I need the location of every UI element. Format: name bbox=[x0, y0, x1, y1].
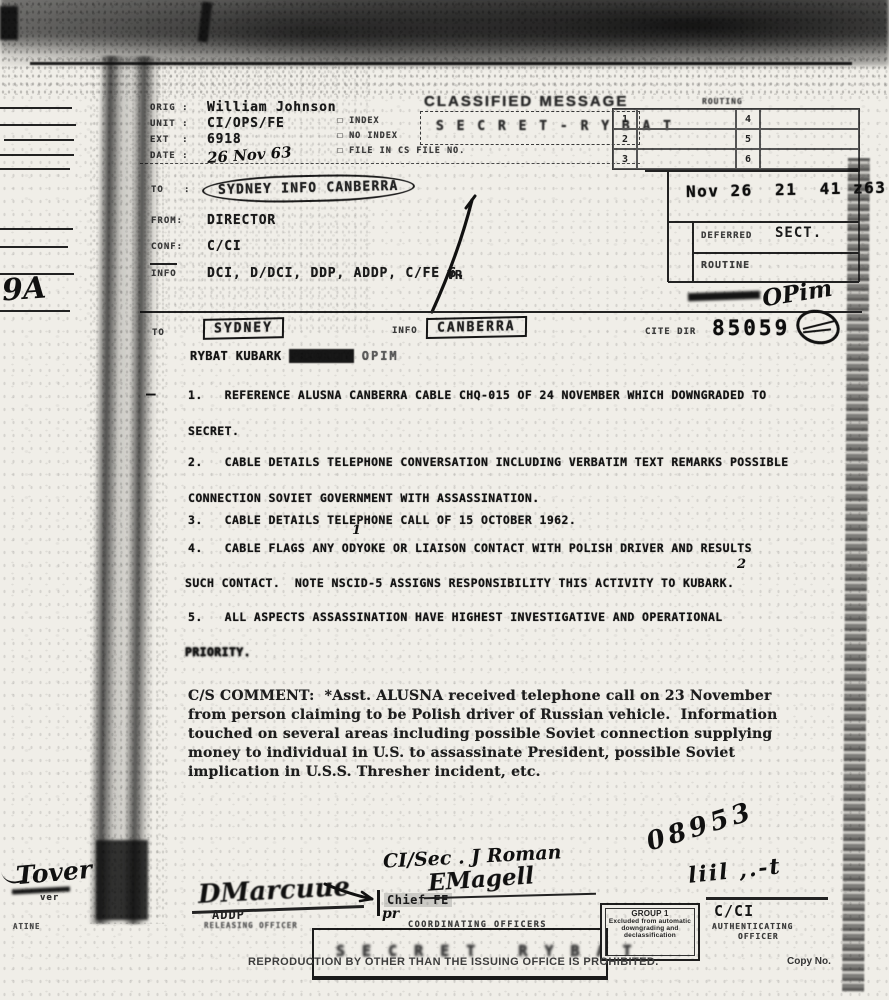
precedence-line2 bbox=[692, 252, 859, 254]
releasing-officer-label: RELEASING OFFICER bbox=[204, 921, 298, 930]
tover-handwriting: Tover bbox=[15, 855, 93, 891]
routing-label: ROUTING bbox=[702, 97, 743, 106]
para3-line1: 3. CABLE DETAILS TELEPHONE CALL OF 15 OC… bbox=[188, 513, 576, 527]
routing-cell-blank bbox=[637, 109, 736, 129]
cci-overline bbox=[706, 897, 828, 900]
redacted-word: PRIORITY bbox=[289, 349, 354, 363]
margin-rule bbox=[0, 107, 72, 109]
timestamp-box-top bbox=[645, 170, 860, 172]
para4-line2: SUCH CONTACT. NOTE NSCID-5 ASSIGNS RESPO… bbox=[185, 576, 734, 590]
routing-cell-5: 5 bbox=[736, 129, 760, 149]
chief-initials-handwriting: pr bbox=[382, 906, 399, 922]
cs-comment-line2: from person claiming to be Polish driver… bbox=[188, 707, 777, 723]
para2-line1: 2. CABLE DETAILS TELEPHONE CONVERSATION … bbox=[188, 455, 789, 469]
atine-fragment: ATINE bbox=[13, 922, 41, 931]
routing-cell-1: 1 bbox=[613, 109, 637, 129]
authenticating-label-2: OFFICER bbox=[738, 932, 779, 941]
para1-line1: 1. REFERENCE ALUSNA CANBERRA CABLE CHQ-0… bbox=[188, 388, 767, 402]
routine-label: ROUTINE bbox=[701, 260, 750, 271]
file-label: FILE IN CS FILE NO. bbox=[349, 146, 465, 156]
prohibition-notice: REPRODUCTION BY OTHER THAN THE ISSUING O… bbox=[248, 956, 659, 968]
from-value: DIRECTOR bbox=[207, 213, 276, 228]
routing-cell-blank bbox=[760, 149, 859, 169]
para2-line2: CONNECTION SOVIET GOVERNMENT WITH ASSASS… bbox=[188, 491, 540, 505]
margin-rule bbox=[0, 168, 70, 170]
number-stamp-handwriting: 08953 bbox=[643, 797, 757, 858]
slug-line: RYBAT KUBARK PRIORITY OPIM bbox=[190, 349, 399, 363]
sect-stamp: SECT. bbox=[775, 225, 822, 241]
cite-dir-label: CITE DIR bbox=[645, 327, 696, 337]
para4-line1: 4. CABLE FLAGS ANY ODYOKE OR LIAISON CON… bbox=[188, 541, 752, 555]
para5-line2: PRIORITY. bbox=[185, 645, 251, 659]
date-underline bbox=[140, 163, 640, 164]
cs-comment-line5: implication in U.S.S. Thresher incident,… bbox=[188, 764, 541, 780]
unit-value: CI/OPS/FE bbox=[207, 116, 285, 131]
footnote-1-mark: 1 bbox=[352, 523, 361, 538]
redaction-smudge bbox=[688, 291, 760, 302]
section-divider bbox=[140, 311, 862, 313]
chief-fe-bracket bbox=[377, 890, 380, 916]
index-checkbox: ☐ INDEX bbox=[337, 115, 380, 126]
margin-rule bbox=[0, 124, 76, 126]
routing-cell-blank bbox=[760, 109, 859, 129]
para5-line1: 5. ALL ASPECTS ASSASSINATION HAVE HIGHES… bbox=[188, 610, 723, 624]
margin-rule bbox=[4, 139, 74, 141]
checkbox-icon: ☐ bbox=[337, 145, 343, 156]
checkbox-icon: ☐ bbox=[337, 115, 343, 126]
para1-line2: SECRET. bbox=[188, 424, 239, 438]
authenticating-label-1: AUTHENTICATING bbox=[712, 922, 793, 931]
to-destination-oval: SYDNEY INFO CANBERRA bbox=[202, 173, 415, 205]
left-fold-band bbox=[89, 56, 162, 925]
handwritten-9a: 9A bbox=[1, 271, 47, 309]
scanned-cable-document: { "header": { "title": "CLASSIFIED MESSA… bbox=[0, 0, 889, 1000]
cite-number: 85059 bbox=[712, 316, 790, 340]
margin-rule bbox=[0, 154, 74, 156]
timestamp-box-left bbox=[667, 170, 669, 282]
checkbox-icon: ☐ bbox=[337, 130, 343, 141]
cci-label: C/CI bbox=[714, 902, 754, 920]
deferred-label: DEFERRED bbox=[701, 231, 752, 241]
copy-no-label: Copy No. bbox=[787, 956, 831, 967]
routing-cell-blank bbox=[760, 129, 859, 149]
tally-handwriting: liil ,.-t bbox=[687, 853, 783, 889]
group1-line3: downgrading and bbox=[602, 925, 698, 932]
group1-line2: Excluded from automatic bbox=[602, 918, 698, 925]
canberra-stamp: CANBERRA bbox=[426, 316, 527, 339]
margin-rule bbox=[0, 246, 68, 248]
group1-line1: GROUP 1 bbox=[602, 909, 698, 918]
routing-cell-blank bbox=[637, 149, 736, 169]
orig-value: William Johnson bbox=[207, 100, 336, 115]
margin-rule bbox=[0, 310, 70, 312]
precedence-line1 bbox=[668, 221, 859, 223]
chief-fe-label: Chief FE bbox=[384, 893, 452, 907]
group1-box: GROUP 1 Excluded from automatic downgrad… bbox=[600, 903, 700, 961]
to-destination: SYDNEY INFO CANBERRA bbox=[218, 179, 399, 198]
ver-fragment: ver bbox=[40, 893, 59, 903]
routing-cell-3: 3 bbox=[613, 149, 637, 169]
conf-value: C/CI bbox=[207, 239, 242, 254]
margin-rule bbox=[0, 228, 73, 230]
group1-line4: declassification bbox=[602, 932, 698, 939]
cs-comment-line4: money to individual in U.S. to assassina… bbox=[188, 745, 735, 761]
cite-info-label: INFO bbox=[392, 326, 418, 336]
slug-text: RYBAT KUBARK bbox=[190, 349, 289, 363]
routing-cell-4: 4 bbox=[736, 109, 760, 129]
routing-cell-6: 6 bbox=[736, 149, 760, 169]
sydney-stamp: SYDNEY bbox=[203, 317, 284, 340]
index-label: INDEX bbox=[349, 116, 380, 126]
handwritten-slash-mark bbox=[408, 194, 484, 316]
footnote-2-mark: 2 bbox=[737, 557, 746, 572]
no-index-checkbox: ☐ NO INDEX bbox=[337, 130, 398, 141]
no-index-label: NO INDEX bbox=[349, 131, 398, 141]
routing-cell-blank bbox=[637, 129, 736, 149]
top-smear-artifact bbox=[0, 0, 889, 66]
cs-comment-line3: touched on several areas including possi… bbox=[188, 726, 772, 742]
routing-table: 1 4 2 5 3 6 bbox=[612, 108, 860, 170]
cs-comment-line1: C/S COMMENT: *Asst. ALUSNA received tele… bbox=[188, 688, 772, 704]
slug-opim: OPIM bbox=[362, 349, 399, 363]
right-streak bbox=[842, 158, 870, 992]
file-checkbox: ☐ FILE IN CS FILE NO. bbox=[337, 145, 465, 156]
classified-message-title: CLASSIFIED MESSAGE bbox=[424, 93, 628, 110]
ext-value: 6918 bbox=[207, 132, 242, 147]
addp-stamp: ADDP bbox=[212, 908, 245, 922]
to-colon: : bbox=[184, 185, 190, 195]
routing-cell-2: 2 bbox=[613, 129, 637, 149]
tover-swash bbox=[1, 866, 23, 885]
